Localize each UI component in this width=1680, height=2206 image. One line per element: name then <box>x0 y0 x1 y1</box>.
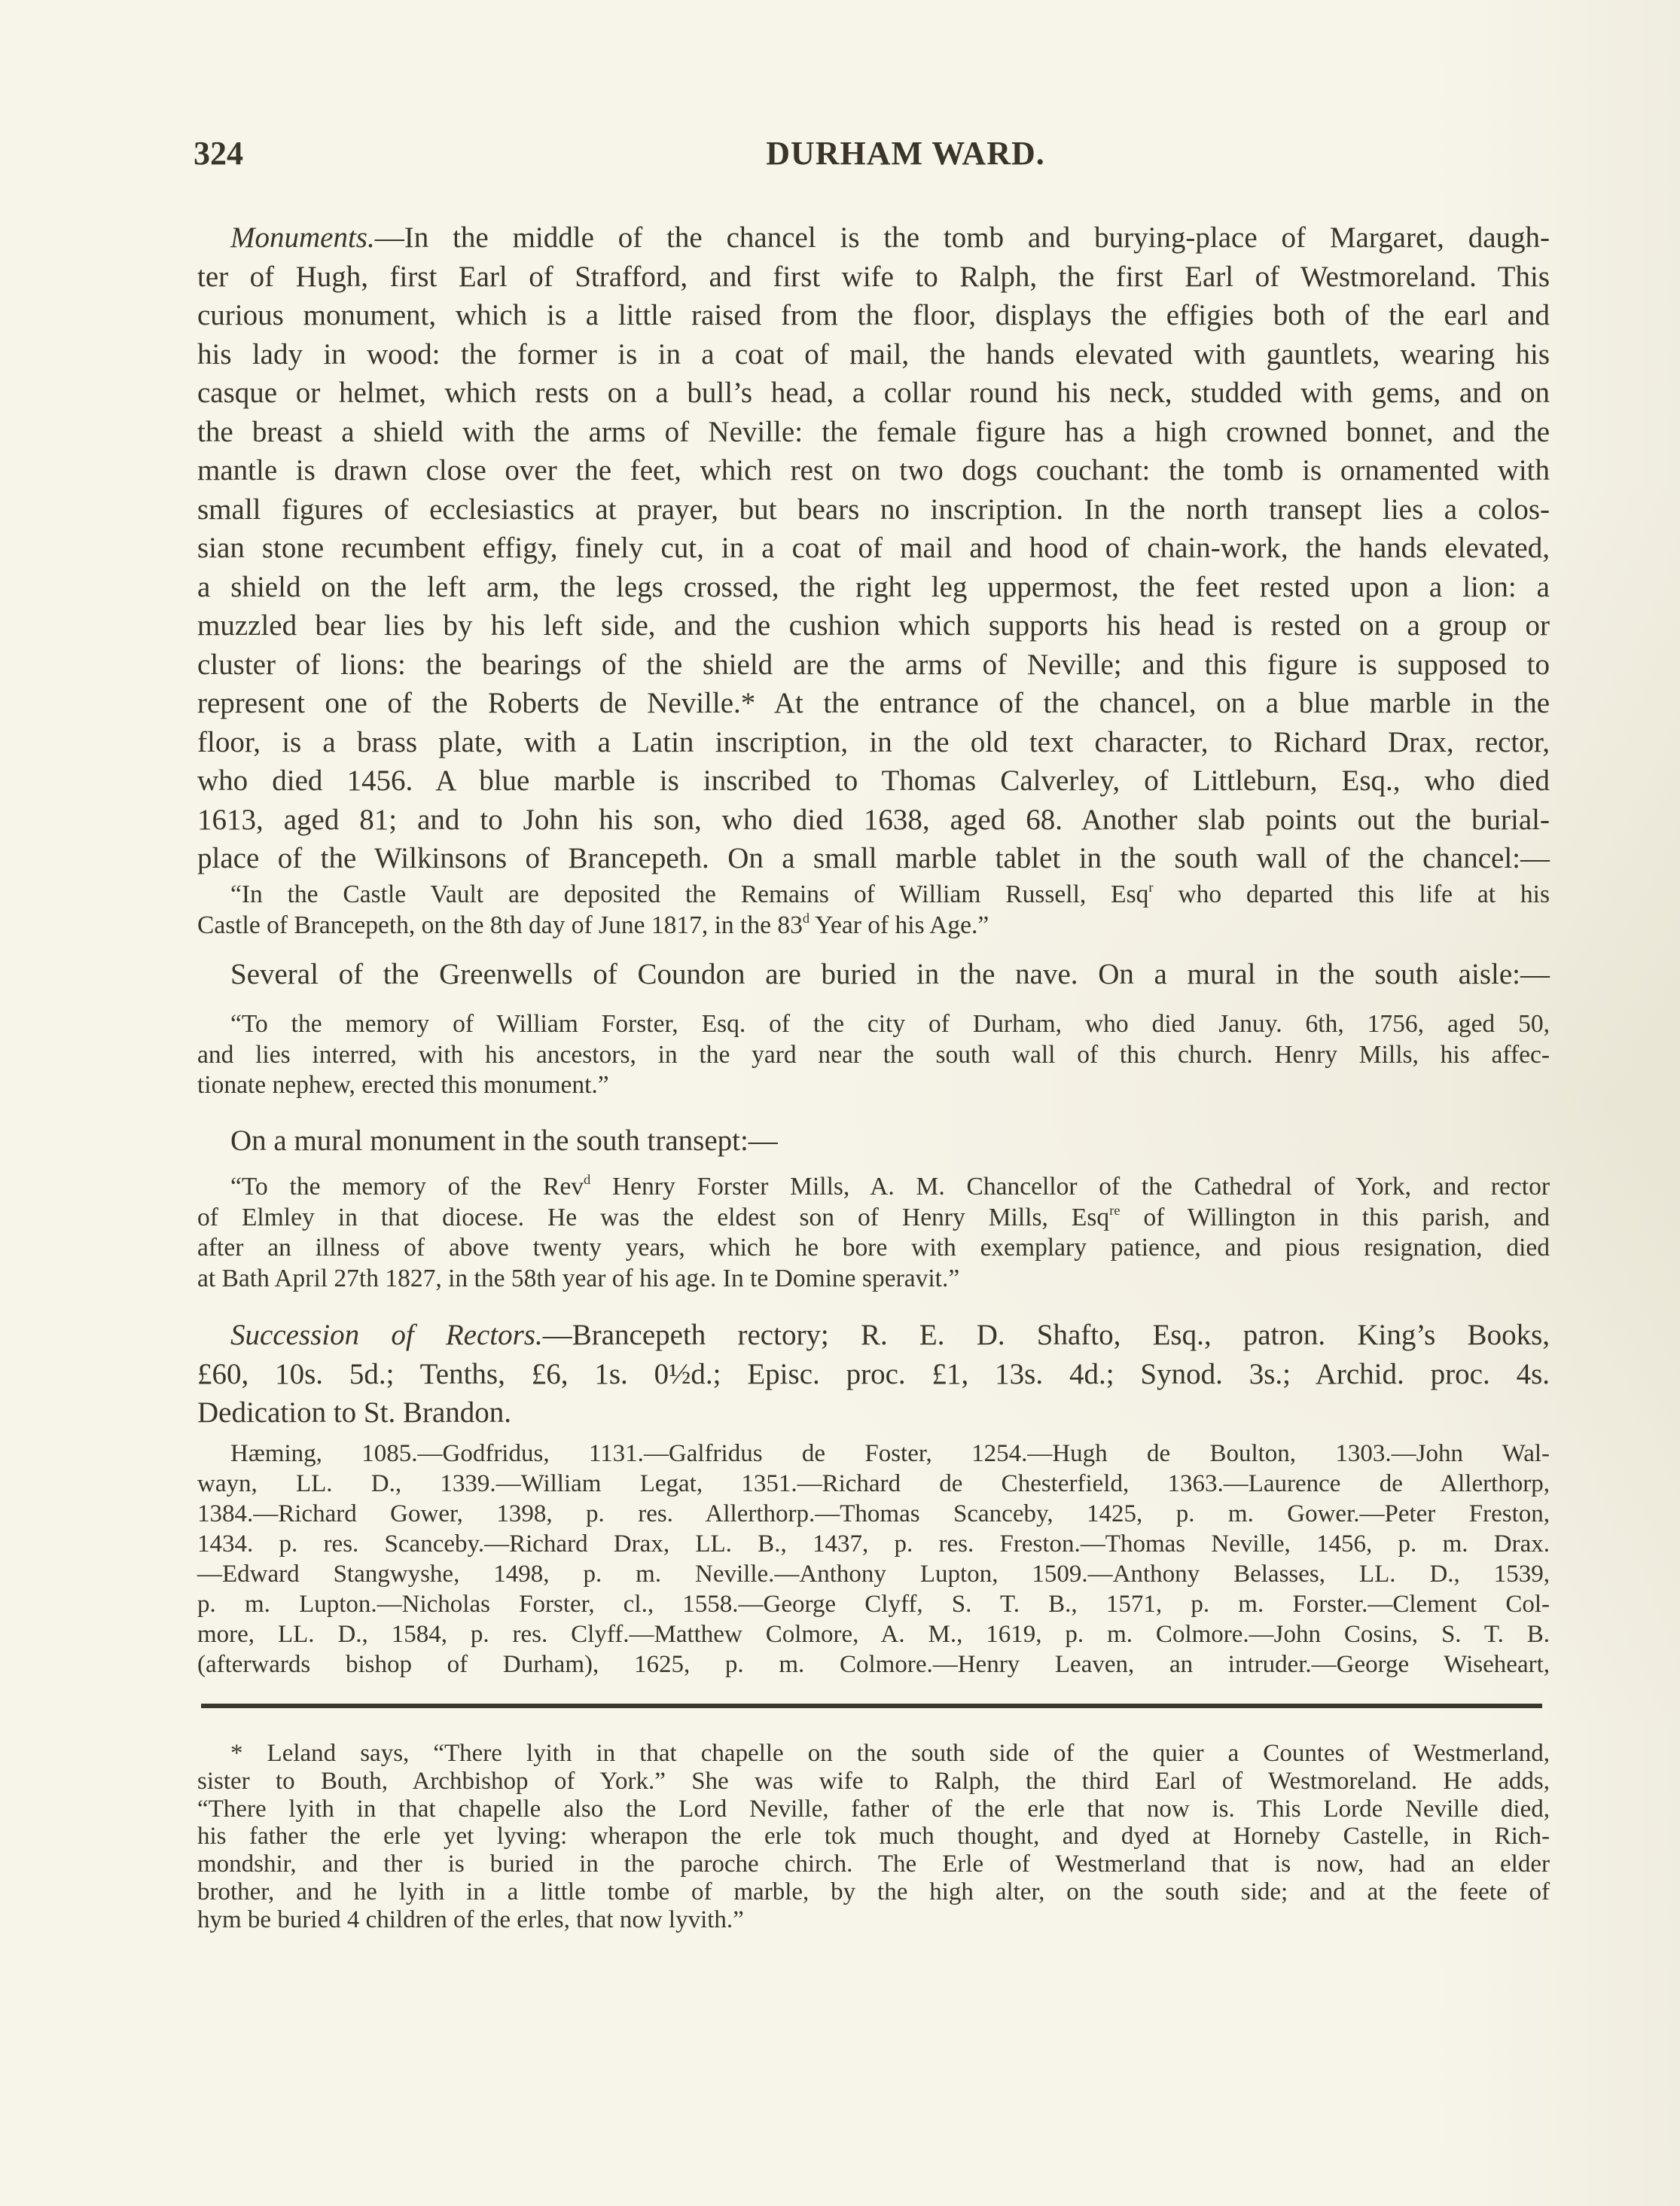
text-line: Dedication to St. Brandon. <box>197 1393 1550 1433</box>
text-line: “In the Castle Vault are deposited the R… <box>197 880 1550 911</box>
list-line: more, LL. D., 1584, p. res. Clyff.—Matth… <box>197 1619 1550 1649</box>
text-line: a shield on the left arm, the legs cross… <box>197 568 1550 607</box>
page-title: DURHAM WARD. <box>194 134 1550 172</box>
text-line: of Elmley in that diocese. He was the el… <box>197 1203 1550 1234</box>
text-line: floor, is a brass plate, with a Latin in… <box>197 723 1550 762</box>
text-line: casque or helmet, which rests on a bull’… <box>197 374 1550 413</box>
text-line: Monuments.—In the middle of the chancel … <box>197 218 1550 258</box>
text-line: Succession of Rectors.—Brancepeth rector… <box>197 1316 1550 1355</box>
running-head: 324 DURHAM WARD. <box>194 134 1550 172</box>
list-line: p. m. Lupton.—Nicholas Forster, cl., 155… <box>197 1589 1550 1619</box>
footnote-line: * Leland says, “There lyith in that chap… <box>197 1740 1550 1768</box>
footnote-rule <box>201 1704 1542 1708</box>
text-line: On a mural monument in the south transep… <box>197 1121 1550 1161</box>
text-line: the breast a shield with the arms of Nev… <box>197 413 1550 452</box>
text-line: “To the memory of William Forster, Esq. … <box>197 1009 1550 1040</box>
list-line: Hæming, 1085.—Godfridus, 1131.—Galfridus… <box>197 1439 1550 1469</box>
footnote-line: hym be buried 4 children of the erles, t… <box>197 1906 1550 1934</box>
footnote: * Leland says, “There lyith in that chap… <box>197 1740 1550 1934</box>
text-line: at Bath April 27th 1827, in the 58th yea… <box>197 1264 1550 1295</box>
mills-inscription: “To the memory of the Revd Henry Forster… <box>197 1172 1550 1294</box>
footnote-line: sister to Bouth, Archbishop of York.” Sh… <box>197 1768 1550 1796</box>
text-line: curious monument, which is a little rais… <box>197 296 1550 335</box>
text-line: and lies interred, with his ancestors, i… <box>197 1040 1550 1071</box>
list-line: wayn, LL. D., 1339.—William Legat, 1351.… <box>197 1469 1550 1499</box>
text-line: sian stone recumbent effigy, finely cut,… <box>197 529 1550 568</box>
text-line: his lady in wood: the former is in a coa… <box>197 335 1550 374</box>
footnote-line: his father the erle yet lyving: wherapon… <box>197 1823 1550 1851</box>
footnote-line: mondshir, and ther is buried in the paro… <box>197 1851 1550 1878</box>
list-line: 1384.—Richard Gower, 1398, p. res. Aller… <box>197 1499 1550 1529</box>
transept-intro: On a mural monument in the south transep… <box>197 1121 1550 1161</box>
text-line: who died 1456. A blue marble is inscribe… <box>197 761 1550 801</box>
footnote-line: brother, and he lyith in a little tombe … <box>197 1878 1550 1906</box>
text-line: cluster of lions: the bearings of the sh… <box>197 645 1550 685</box>
forster-inscription: “To the memory of William Forster, Esq. … <box>197 1009 1550 1101</box>
text-line: Castle of Brancepeth, on the 8th day of … <box>197 911 1550 941</box>
text-line: mantle is drawn close over the feet, whi… <box>197 451 1550 490</box>
greenwells-paragraph: Several of the Greenwells of Coundon are… <box>197 955 1550 994</box>
text-line: place of the Wilkinsons of Brancepeth. O… <box>197 839 1550 878</box>
succession-paragraph: Succession of Rectors.—Brancepeth rector… <box>197 1316 1550 1433</box>
text-line: Several of the Greenwells of Coundon are… <box>197 955 1550 994</box>
footnote-line: “There lyith in that chapelle also the L… <box>197 1796 1550 1823</box>
russell-inscription: “In the Castle Vault are deposited the R… <box>197 880 1550 941</box>
monuments-paragraph: Monuments.—In the middle of the chancel … <box>197 218 1550 878</box>
list-line: (afterwards bishop of Durham), 1625, p. … <box>197 1649 1550 1680</box>
text-line: tionate nephew, erected this monument.” <box>197 1070 1550 1101</box>
text-line: represent one of the Roberts de Neville.… <box>197 684 1550 723</box>
text-line: 1613, aged 81; and to John his son, who … <box>197 801 1550 840</box>
text-line: muzzled bear lies by his left side, and … <box>197 606 1550 645</box>
list-line: 1434. p. res. Scanceby.—Richard Drax, LL… <box>197 1529 1550 1559</box>
text-line: after an illness of above twenty years, … <box>197 1233 1550 1264</box>
section-heading-monuments: Monuments. <box>230 221 375 254</box>
text-line: £60, 10s. 5d.; Tenths, £6, 1s. 0½d.; Epi… <box>197 1355 1550 1394</box>
text-line: small figures of ecclesiastics at prayer… <box>197 490 1550 529</box>
rectors-list: Hæming, 1085.—Godfridus, 1131.—Galfridus… <box>197 1439 1550 1680</box>
section-heading-succession: Succession of Rectors. <box>230 1319 543 1351</box>
text-line: “To the memory of the Revd Henry Forster… <box>197 1172 1550 1203</box>
list-line: —Edward Stangwyshe, 1498, p. m. Neville.… <box>197 1559 1550 1589</box>
text-line: ter of Hugh, first Earl of Strafford, an… <box>197 258 1550 297</box>
